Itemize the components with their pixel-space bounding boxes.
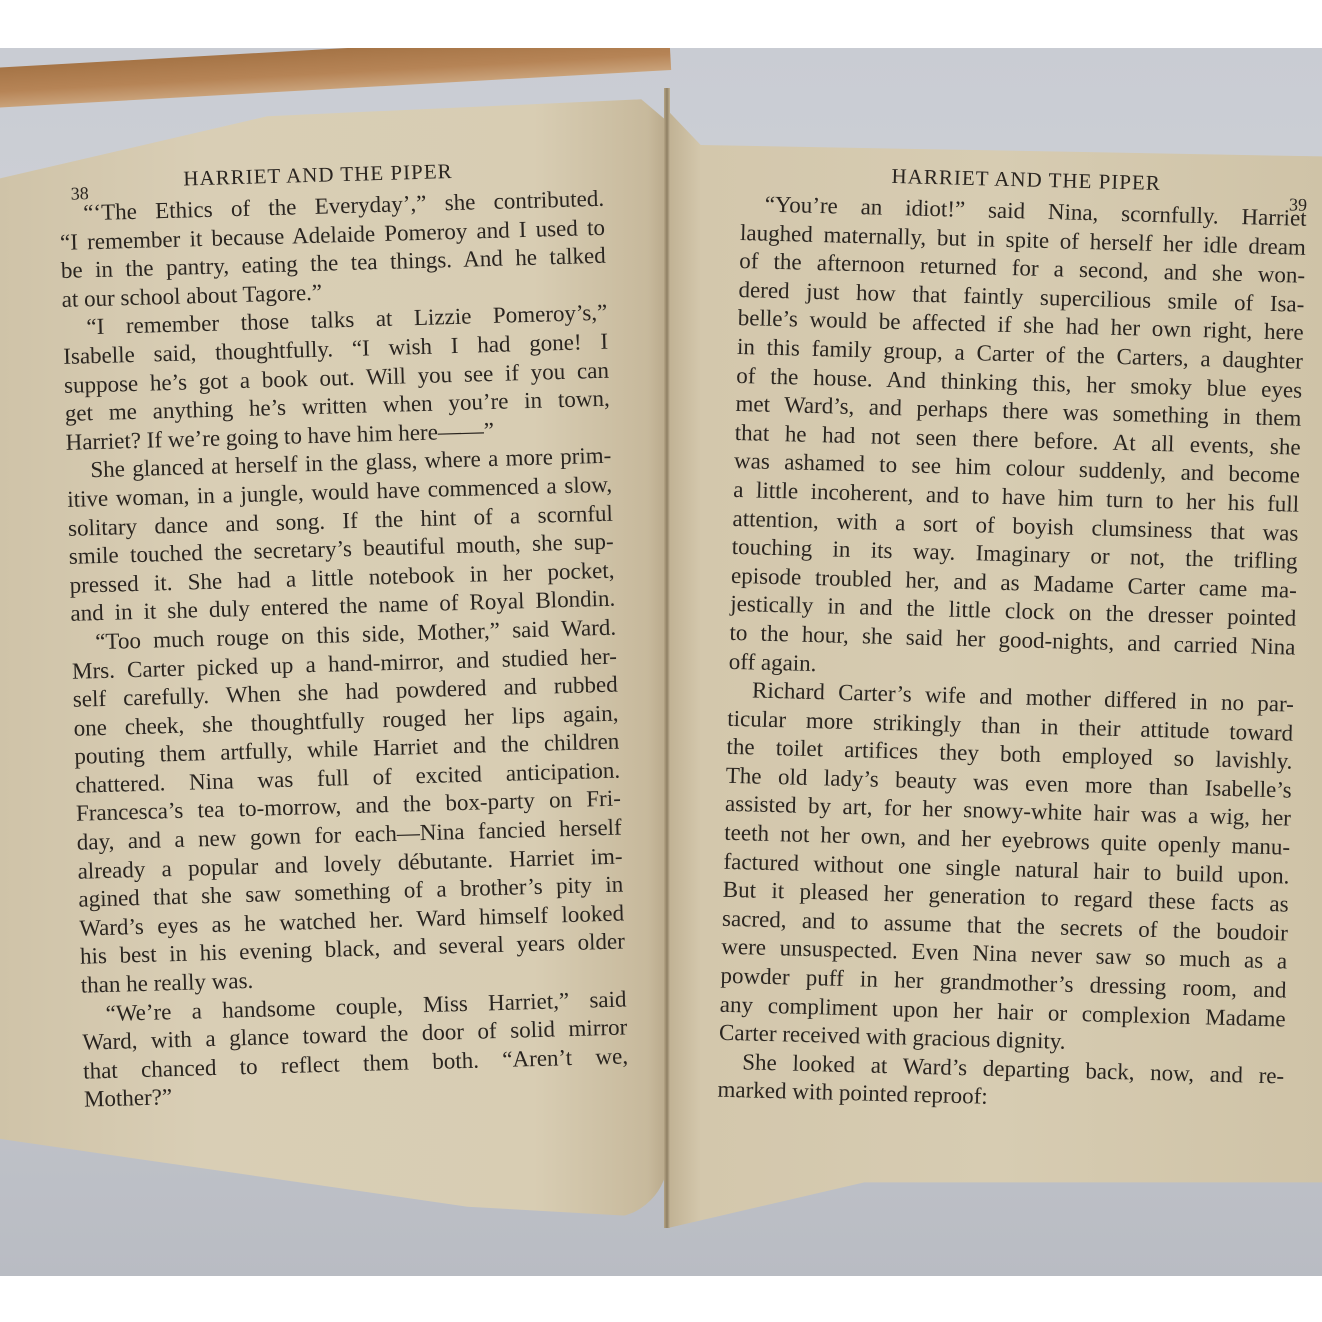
running-head: HARRIET AND THE PIPER bbox=[891, 162, 1161, 198]
page-number: 38 bbox=[70, 179, 89, 208]
book-gutter bbox=[664, 88, 670, 1228]
running-head: HARRIET AND THE PIPER bbox=[183, 157, 453, 193]
left-page-body: “‘The Ethics of the Everyday’,” she cont… bbox=[59, 185, 629, 1115]
left-page-text: 38 HARRIET AND THE PIPER “‘The Ethics of… bbox=[58, 153, 629, 1115]
right-page-text: HARRIET AND THE PIPER 39 “You’re an idio… bbox=[717, 158, 1308, 1119]
page-number: 39 bbox=[1289, 190, 1308, 219]
book-cover-edge bbox=[0, 48, 671, 108]
right-page-body: “You’re an idiot!” said Nina, scornfully… bbox=[717, 190, 1307, 1120]
